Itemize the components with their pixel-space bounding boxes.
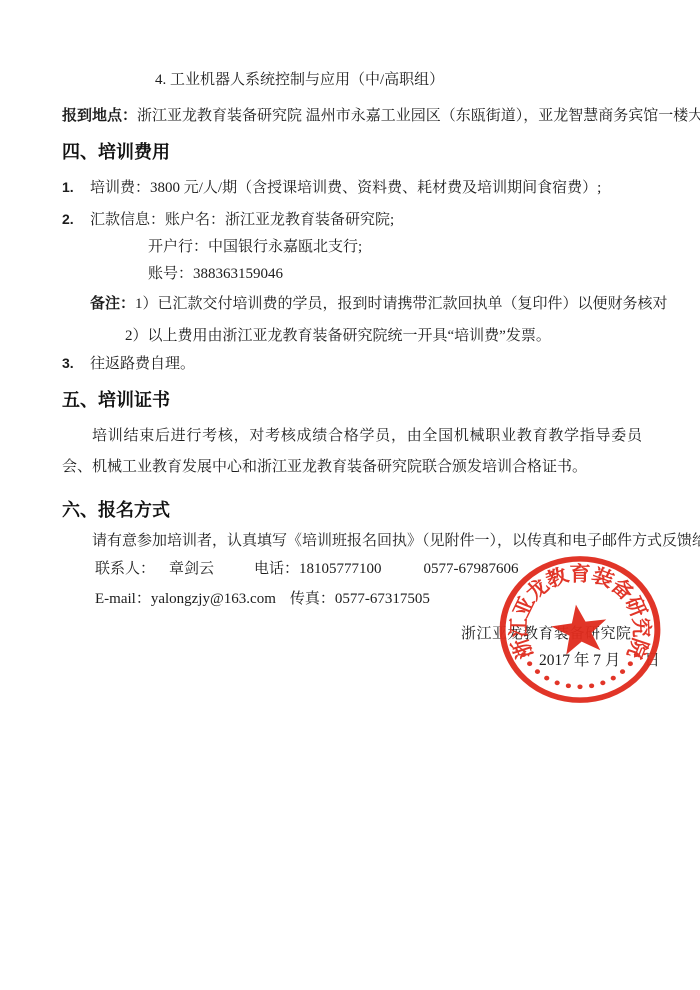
svg-text:江: 江 bbox=[507, 617, 532, 638]
phone-label: 电话： bbox=[254, 561, 299, 577]
bank-line: 开户行：中国银行永嘉瓯北支行; bbox=[148, 235, 642, 256]
fee-item-3: 3. 往返路费自理。 bbox=[62, 352, 642, 373]
official-seal-stamp: 浙江亚龙教育装备研究院 bbox=[494, 551, 666, 708]
fee-item-2-text: 汇款信息：账户名：浙江亚龙教育装备研究院; bbox=[90, 208, 394, 229]
fee-item-2: 2. 汇款信息：账户名：浙江亚龙教育装备研究院; bbox=[62, 208, 642, 229]
svg-text:育: 育 bbox=[569, 562, 591, 585]
note-1-text: 1）已汇款交付培训费的学员，报到时请携带汇款回执单（复印件）以便财务核对 bbox=[135, 296, 668, 312]
fee-item-2-number: 2. bbox=[62, 211, 90, 227]
stamp-star-icon bbox=[548, 601, 610, 656]
fee-item-3-number: 3. bbox=[62, 355, 90, 371]
fax-number: 0577-67317505 bbox=[335, 591, 430, 607]
stamp-bottom-dots bbox=[521, 652, 639, 689]
course-item-4: 4. 工业机器人系统控制与应用（中/高职组） bbox=[155, 68, 642, 89]
note-line-1: 备注：1）已汇款交付培训费的学员，报到时请携带汇款回执单（复印件）以便财务核对 bbox=[90, 292, 642, 313]
note-line-2: 2）以上费用由浙江亚龙教育装备研究院统一开具“培训费”发票。 bbox=[125, 324, 642, 345]
contact-label: 联系人： bbox=[95, 561, 155, 577]
contact-name: 章剑云 bbox=[169, 561, 214, 577]
phone-number-1: 18105777100 bbox=[299, 561, 382, 577]
fax-label: 传真： bbox=[290, 591, 335, 607]
section-heading-fee: 四、培训费用 bbox=[62, 141, 642, 163]
account-name-text: 账户名：浙江亚龙教育装备研究院; bbox=[165, 212, 394, 228]
fee-item-1-number: 1. bbox=[62, 179, 90, 195]
fee-item-1-text: 培训费：3800 元/人/期（含授课培训费、资料费、耗材费及培训期间食宿费）; bbox=[90, 176, 601, 197]
signup-paragraph: 请有意参加培训者，认真填写《培训班报名回执》（见附件一），以传真和电子邮件方式反… bbox=[62, 529, 642, 550]
remit-info-label: 汇款信息： bbox=[90, 212, 165, 228]
document-page: 4. 工业机器人系统控制与应用（中/高职组） 报到地点：浙江亚龙教育装备研究院 … bbox=[0, 0, 700, 990]
report-location-label: 报到地点： bbox=[62, 108, 137, 124]
account-number: 388363159046 bbox=[193, 266, 283, 282]
cert-paragraph: 培训结束后进行考核，对考核成绩合格学员，由全国机械职业教育教学指导委员会、机械工… bbox=[62, 421, 642, 483]
fee-item-3-text: 往返路费自理。 bbox=[90, 352, 195, 373]
account-label: 账号： bbox=[148, 266, 193, 282]
email-label: E-mail： bbox=[95, 591, 151, 607]
fee-item-1: 1. 培训费：3800 元/人/期（含授课培训费、资料费、耗材费及培训期间食宿费… bbox=[62, 176, 642, 197]
note-label: 备注： bbox=[90, 296, 135, 312]
report-location-text: 浙江亚龙教育装备研究院 温州市永嘉工业园区（东瓯街道），亚龙智慧商务宾馆一楼大厅… bbox=[137, 108, 700, 124]
section-heading-signup: 六、报名方式 bbox=[62, 499, 642, 521]
section-heading-cert: 五、培训证书 bbox=[62, 389, 642, 411]
account-line: 账号：388363159046 bbox=[148, 262, 642, 283]
email-address: yalongzjy@163.com bbox=[151, 591, 276, 607]
svg-text:究: 究 bbox=[628, 617, 654, 638]
report-location-line: 报到地点：浙江亚龙教育装备研究院 温州市永嘉工业园区（东瓯街道），亚龙智慧商务宾… bbox=[62, 104, 642, 125]
